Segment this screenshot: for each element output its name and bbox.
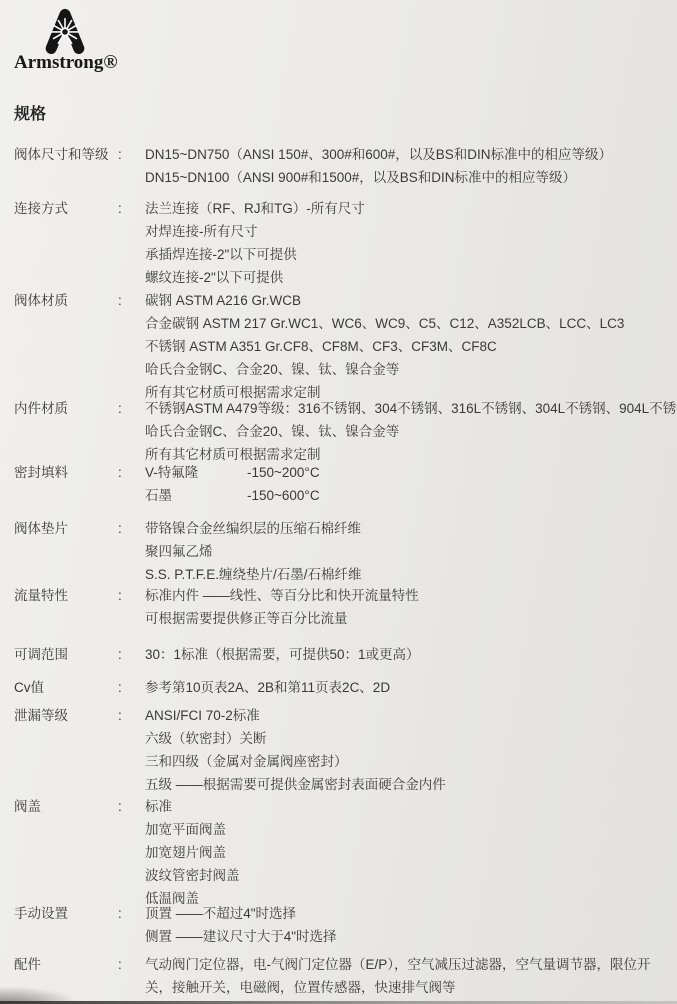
spec-colon: :: [118, 289, 145, 312]
spec-line: 对焊连接-所有尺寸: [145, 220, 365, 243]
spec-line: 侧置 ——建议尺寸大于4"时选择: [145, 925, 337, 948]
spec-line: DN15~DN750（ANSI 150#、300#和600#，以及BS和DIN标…: [145, 143, 612, 166]
spec-label: 阀体垫片: [14, 517, 118, 540]
spec-line: 法兰连接（RF、RJ和TG）-所有尺寸: [145, 197, 365, 220]
spec-label: 泄漏等级: [14, 704, 118, 727]
spec-label: 阀体材质: [14, 289, 118, 312]
spec-line: 六级（软密封）关断: [145, 727, 446, 750]
spec-sheet-page: Armstrong® 规格 阀体尺寸和等级 : DN15~DN750（ANSI …: [0, 0, 677, 1004]
spec-line: 参考第10页表2A、2B和第11页表2C、2D: [145, 676, 390, 699]
spec-line: 标准内件 ——线性、等百分比和快开流量特性: [145, 584, 419, 607]
spec-line: 石墨 -150~600°C: [145, 484, 198, 507]
spec-lines: 不锈钢ASTM A479等级：316不锈钢、304不锈钢、316L不锈钢、304…: [145, 397, 677, 466]
spec-colon: :: [118, 643, 145, 666]
page-title: 规格: [14, 101, 46, 124]
spec-row-rangeability: 可调范围 : 30：1标准（根据需要，可提供50：1或更高）: [14, 643, 420, 666]
spec-label: 密封填料: [14, 461, 118, 484]
packing-material: 石墨: [145, 484, 172, 507]
spec-line: ANSI/FCI 70-2标准: [145, 704, 446, 727]
spec-label: 连接方式: [14, 197, 118, 220]
spec-line: 标准: [145, 795, 240, 818]
spec-line: DN15~DN100（ANSI 900#和1500#，以及BS和DIN标准中的相…: [145, 166, 612, 189]
spec-lines: 带铬镍合金丝编织层的压缩石棉纤维 聚四氟乙烯 S.S. P.T.F.E.缠绕垫片…: [145, 517, 362, 586]
spec-colon: :: [118, 517, 145, 540]
spec-line: S.S. P.T.F.E.缠绕垫片/石墨/石棉纤维: [145, 563, 362, 586]
spec-lines: DN15~DN750（ANSI 150#、300#和600#，以及BS和DIN标…: [145, 143, 612, 189]
spec-colon: :: [118, 397, 145, 420]
packing-temp-range: -150~600°C: [247, 484, 320, 507]
spec-colon: :: [118, 461, 145, 484]
spec-row-accessories: 配件 : 气动阀门定位器，电-气阀门定位器（E/P），空气减压过滤器，空气量调节…: [14, 953, 651, 999]
spec-label: 流量特性: [14, 584, 118, 607]
spec-line: 承插焊连接-2"以下可提供: [145, 243, 365, 266]
armstrong-logo: Armstrong®: [14, 6, 134, 72]
spec-lines: 参考第10页表2A、2B和第11页表2C、2D: [145, 676, 390, 699]
spec-line: 气动阀门定位器，电-气阀门定位器（E/P），空气减压过滤器，空气量调节器，限位开: [145, 953, 651, 976]
spec-colon: :: [118, 143, 145, 166]
spec-line: 碳钢 ASTM A216 Gr.WCB: [145, 289, 624, 312]
packing-temp-range: -150~200°C: [247, 461, 320, 484]
spec-line: 不锈钢 ASTM A351 Gr.CF8、CF8M、CF3、CF3M、CF8C: [145, 335, 624, 358]
spec-line: 关，接触开关，电磁阀，位置传感器，快速排气阀等: [145, 976, 651, 999]
spec-colon: :: [118, 704, 145, 727]
spec-colon: :: [118, 584, 145, 607]
spec-row-bonnet: 阀盖 : 标准 加宽平面阀盖 加宽翅片阀盖 波纹管密封阀盖 低温阀盖: [14, 795, 240, 910]
spec-row-connection-type: 连接方式 : 法兰连接（RF、RJ和TG）-所有尺寸 对焊连接-所有尺寸 承插焊…: [14, 197, 365, 289]
spec-label: 配件: [14, 953, 118, 976]
spec-line: 带铬镍合金丝编织层的压缩石棉纤维: [145, 517, 362, 540]
spec-label: 阀体尺寸和等级: [14, 143, 118, 166]
spec-colon: :: [118, 197, 145, 220]
brand-name: Armstrong®: [14, 52, 134, 74]
spec-line: 可根据需要提供修正等百分比流量: [145, 607, 419, 630]
spec-lines: 标准内件 ——线性、等百分比和快开流量特性 可根据需要提供修正等百分比流量: [145, 584, 419, 630]
spec-line: 加宽平面阀盖: [145, 818, 240, 841]
spec-row-leakage-class: 泄漏等级 : ANSI/FCI 70-2标准 六级（软密封）关断 三和四级（金属…: [14, 704, 446, 796]
spec-line: 三和四级（金属对金属阀座密封）: [145, 750, 446, 773]
spec-colon: :: [118, 676, 145, 699]
spec-colon: :: [118, 795, 145, 818]
armstrong-a-starburst-icon: [42, 8, 88, 54]
spec-lines: 法兰连接（RF、RJ和TG）-所有尺寸 对焊连接-所有尺寸 承插焊连接-2"以下…: [145, 197, 365, 289]
spec-line: 所有其它材质可根据需求定制: [145, 443, 677, 466]
spec-line: 螺纹连接-2"以下可提供: [145, 266, 365, 289]
spec-label: 阀盖: [14, 795, 118, 818]
spec-lines: 标准 加宽平面阀盖 加宽翅片阀盖 波纹管密封阀盖 低温阀盖: [145, 795, 240, 910]
spec-row-trim-material: 内件材质 : 不锈钢ASTM A479等级：316不锈钢、304不锈钢、316L…: [14, 397, 677, 466]
spec-lines: 碳钢 ASTM A216 Gr.WCB 合金碳钢 ASTM 217 Gr.WC1…: [145, 289, 624, 404]
spec-line: 聚四氟乙烯: [145, 540, 362, 563]
spec-label: 手动设置: [14, 902, 118, 925]
spec-lines: V-特氟隆 -150~200°C 石墨 -150~600°C: [145, 461, 198, 507]
spec-lines: 气动阀门定位器，电-气阀门定位器（E/P），空气减压过滤器，空气量调节器，限位开…: [145, 953, 651, 999]
spec-lines: ANSI/FCI 70-2标准 六级（软密封）关断 三和四级（金属对金属阀座密封…: [145, 704, 446, 796]
packing-material: V-特氟隆: [145, 461, 198, 484]
spec-line: 加宽翅片阀盖: [145, 841, 240, 864]
spec-label: Cv值: [14, 676, 118, 699]
spec-line: 顶置 ——不超过4"时选择: [145, 902, 337, 925]
spec-line: 30：1标准（根据需要，可提供50：1或更高）: [145, 643, 420, 666]
spec-row-flow-characteristic: 流量特性 : 标准内件 ——线性、等百分比和快开流量特性 可根据需要提供修正等百…: [14, 584, 419, 630]
spec-lines: 30：1标准（根据需要，可提供50：1或更高）: [145, 643, 420, 666]
spec-label: 内件材质: [14, 397, 118, 420]
spec-row-body-gasket: 阀体垫片 : 带铬镍合金丝编织层的压缩石棉纤维 聚四氟乙烯 S.S. P.T.F…: [14, 517, 362, 586]
spec-line: 哈氏合金钢C、合金20、镍、钛、镍合金等: [145, 358, 624, 381]
spec-line: 波纹管密封阀盖: [145, 864, 240, 887]
spec-line: 哈氏合金钢C、合金20、镍、钛、镍合金等: [145, 420, 677, 443]
spec-line: 五级 ——根据需要可提供金属密封表面硬合金内件: [145, 773, 446, 796]
spec-line: 合金碳钢 ASTM 217 Gr.WC1、WC6、WC9、C5、C12、A352…: [145, 312, 624, 335]
spec-colon: :: [118, 902, 145, 925]
spec-line: 不锈钢ASTM A479等级：316不锈钢、304不锈钢、316L不锈钢、304…: [145, 397, 677, 420]
spec-row-handwheel: 手动设置 : 顶置 ——不超过4"时选择 侧置 ——建议尺寸大于4"时选择: [14, 902, 337, 948]
spec-row-cv-value: Cv值 : 参考第10页表2A、2B和第11页表2C、2D: [14, 676, 390, 699]
spec-row-body-size-rating: 阀体尺寸和等级 : DN15~DN750（ANSI 150#、300#和600#…: [14, 143, 612, 189]
spec-row-body-material: 阀体材质 : 碳钢 ASTM A216 Gr.WCB 合金碳钢 ASTM 217…: [14, 289, 624, 404]
spec-row-packing: 密封填料 : V-特氟隆 -150~200°C 石墨 -150~600°C: [14, 461, 198, 507]
spec-line: V-特氟隆 -150~200°C: [145, 461, 198, 484]
spec-colon: :: [118, 953, 145, 976]
spec-label: 可调范围: [14, 643, 118, 666]
spec-lines: 顶置 ——不超过4"时选择 侧置 ——建议尺寸大于4"时选择: [145, 902, 337, 948]
